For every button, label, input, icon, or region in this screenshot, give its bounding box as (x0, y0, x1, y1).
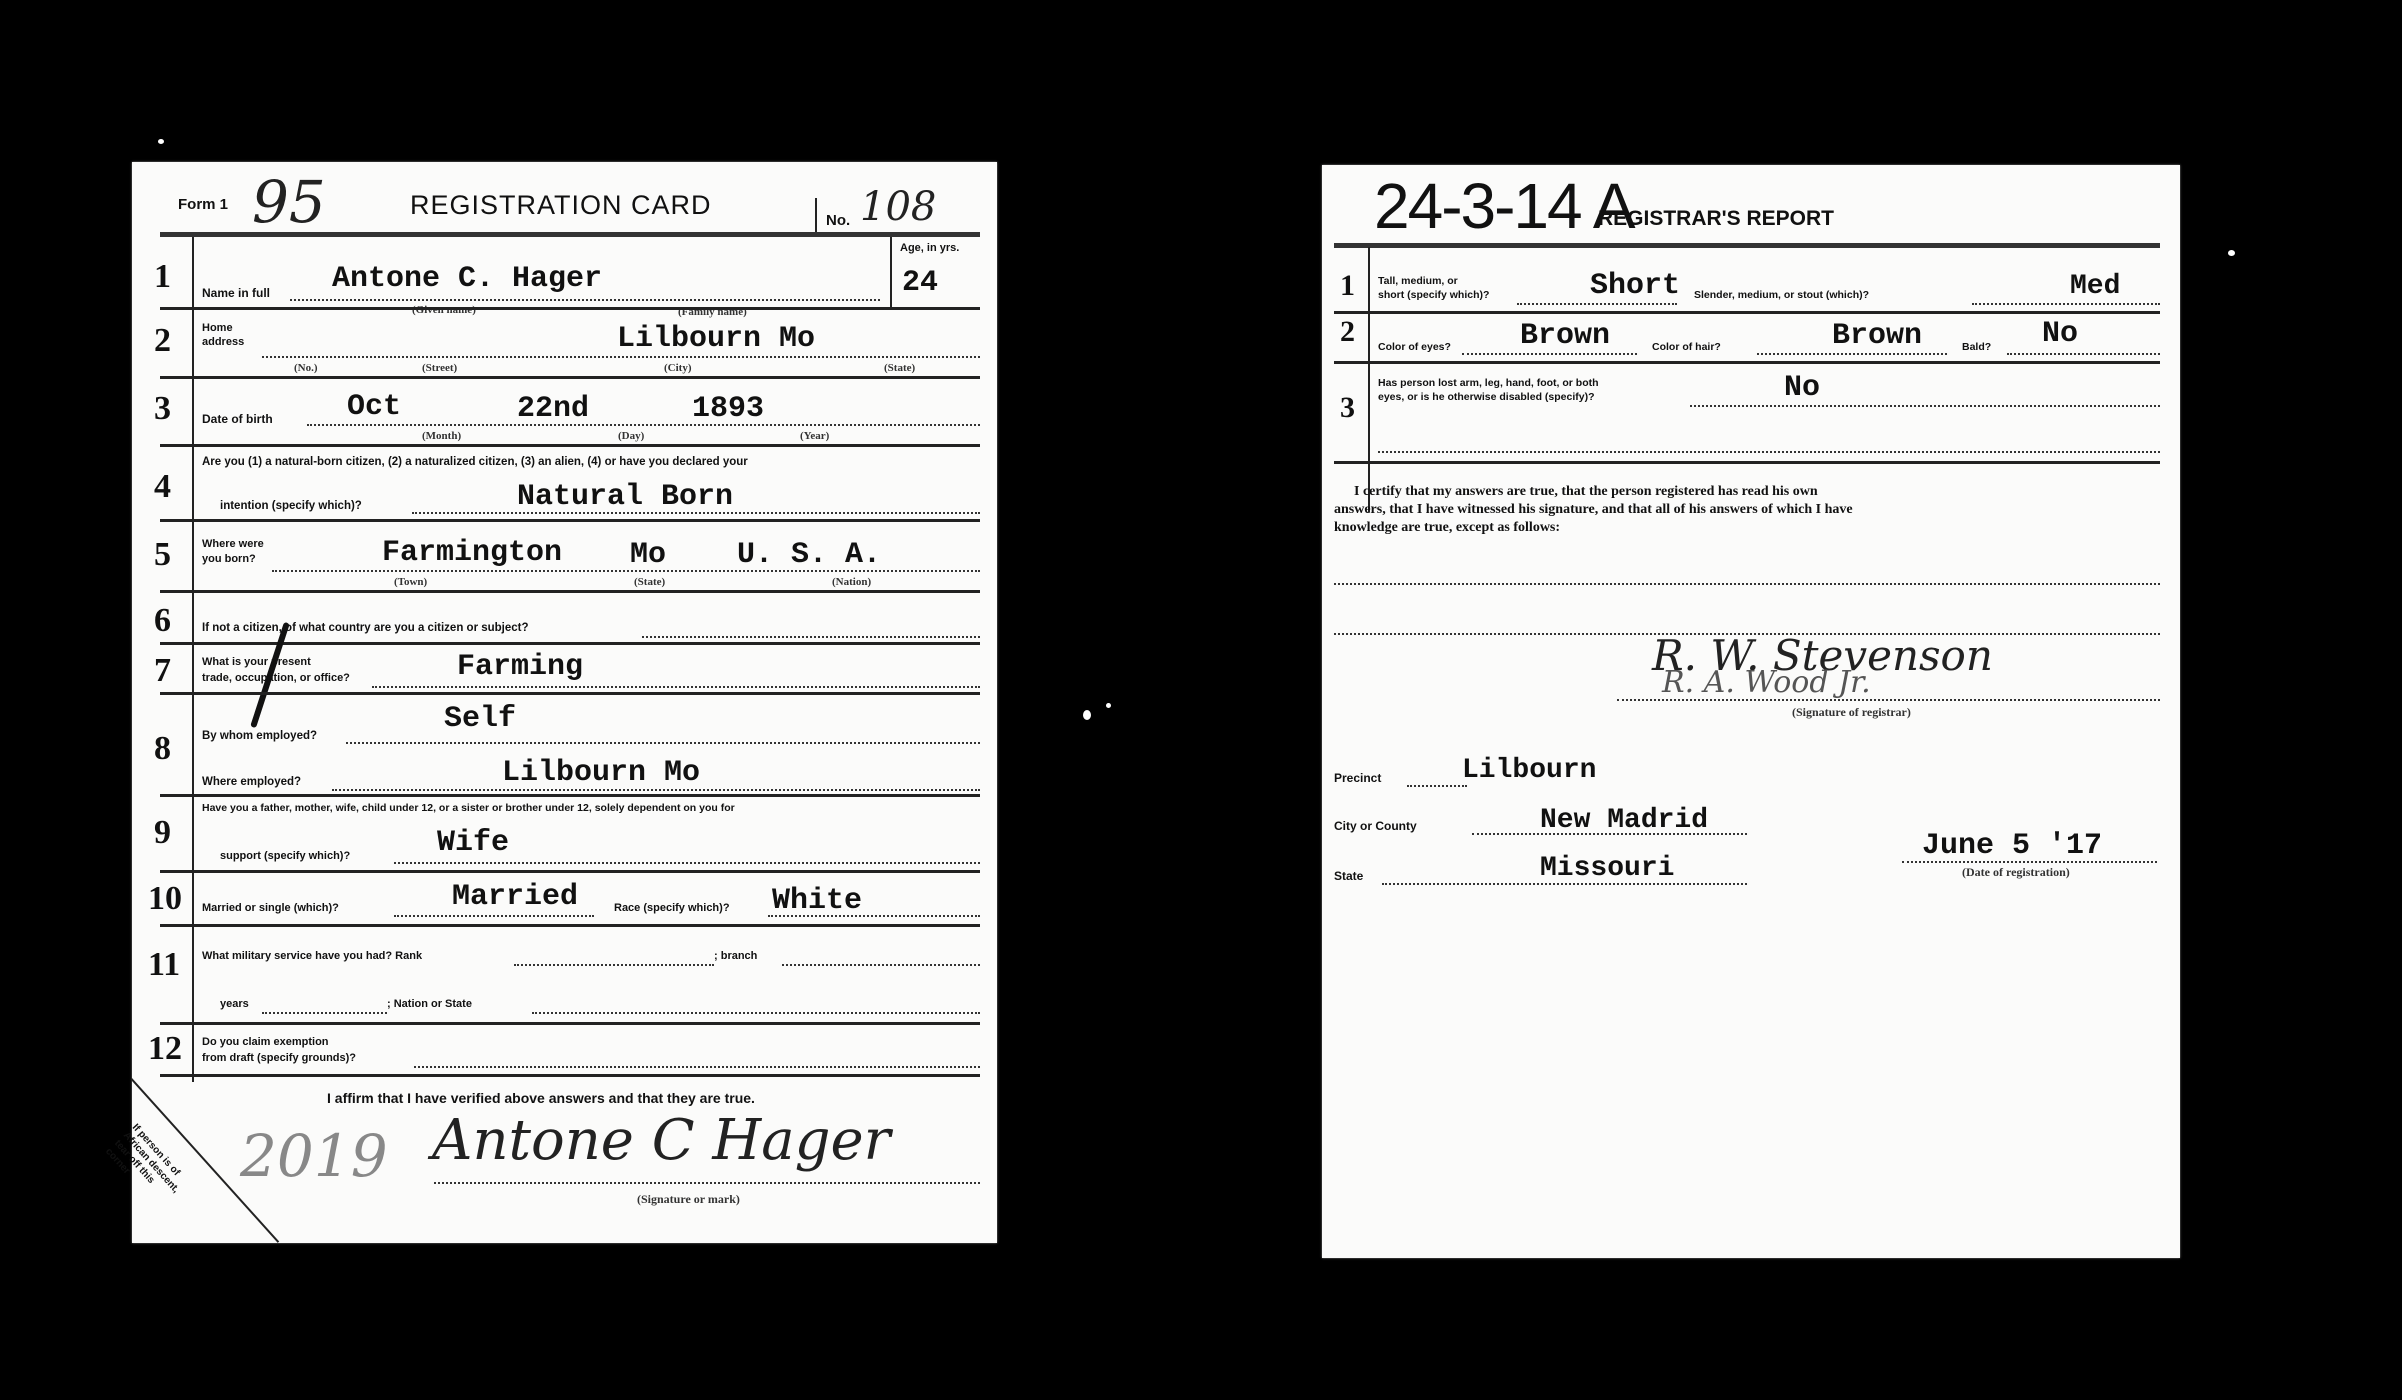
form-label: Form 1 (178, 196, 228, 213)
background-speck (158, 139, 164, 144)
state-value: Missouri (1540, 853, 1674, 884)
sub-caption: (No.) (294, 362, 318, 374)
divider (1334, 461, 2160, 464)
disability-value: No (1784, 371, 1820, 405)
birthplace-town: Farmington (382, 536, 562, 570)
question-text: If not a citizen, of what country are yo… (202, 622, 529, 634)
divider (1617, 699, 2160, 701)
divider (642, 636, 980, 638)
divider (412, 512, 980, 514)
field-label: short (specify which)? (1378, 289, 1489, 301)
divider (290, 299, 880, 301)
divider (394, 862, 980, 864)
field-label: Where were (202, 538, 264, 550)
divider (1472, 833, 1747, 835)
affirmation-text: I affirm that I have verified above answ… (327, 1090, 755, 1106)
field-label: address (202, 336, 244, 348)
divider (307, 424, 980, 426)
occupation-value: Farming (457, 650, 583, 684)
row-number: 1 (154, 258, 171, 296)
row-number: 5 (154, 536, 171, 574)
field-label: City or County (1334, 819, 1417, 833)
certification-line: knowledge are true, except as follows: (1334, 519, 2164, 537)
build-value: Med (2070, 271, 2120, 302)
sub-caption: (Date of registration) (1962, 865, 2070, 880)
marital-status-value: Married (452, 880, 578, 914)
divider (1462, 353, 1637, 355)
field-label: State (1334, 869, 1363, 883)
height-value: Short (1590, 269, 1680, 303)
registrar-signature-secondary: R. A. Wood Jr. (1662, 665, 1871, 700)
divider (262, 356, 980, 358)
divider (1690, 405, 2160, 407)
divider (1517, 303, 1677, 305)
divider (160, 519, 980, 522)
field-label: By whom employed? (202, 730, 317, 742)
field-label: Tall, medium, or (1378, 275, 1458, 287)
field-label: Slender, medium, or stout (which)? (1694, 289, 1869, 301)
tear-corner-note: If person is of African descent, tear of… (102, 1122, 238, 1266)
registrars-report-card: 24-3-14 A REGISTRAR'S REPORT 1 Tall, med… (1322, 165, 2180, 1258)
question-text: Are you (1) a natural-born citizen, (2) … (202, 456, 748, 468)
field-label: Precinct (1334, 771, 1381, 785)
age-label: Age, in yrs. (900, 242, 959, 254)
field-label: Bald? (1962, 341, 1991, 353)
field-label: What is your present (202, 656, 311, 668)
divider (1378, 451, 2160, 453)
divider (414, 1066, 980, 1068)
divider (815, 198, 817, 234)
card-title: REGISTRATION CARD (410, 190, 712, 221)
row-number: 12 (148, 1030, 182, 1068)
sub-caption: (State) (634, 576, 665, 588)
divider (160, 1022, 980, 1025)
divider (782, 964, 980, 966)
certification-line: I certify that my answers are true, that… (1334, 483, 2164, 501)
field-label: Color of hair? (1652, 341, 1721, 353)
applicant-signature: Antone C Hager (432, 1108, 890, 1173)
birth-year: 1893 (692, 392, 764, 426)
sub-caption: (Given name) (412, 304, 476, 316)
name-value: Antone C. Hager (332, 262, 602, 296)
row-number: 2 (154, 322, 171, 360)
precinct-value: Lilbourn (1462, 755, 1596, 786)
county-value: New Madrid (1540, 805, 1708, 836)
field-label: Color of eyes? (1378, 341, 1451, 353)
divider (160, 1074, 980, 1077)
sub-caption: (Month) (422, 430, 461, 442)
sub-caption: (Town) (394, 576, 427, 588)
divider (160, 692, 980, 695)
field-label: Married or single (which)? (202, 902, 339, 914)
row-number: 4 (154, 468, 171, 506)
divider (332, 789, 980, 791)
sub-caption: (Year) (800, 430, 829, 442)
field-label: you born? (202, 553, 256, 565)
field-label: Race (specify which)? (614, 902, 730, 914)
divider (532, 1012, 980, 1014)
divider (160, 870, 980, 873)
row-number: 1 (1340, 269, 1355, 303)
field-label: years (220, 998, 249, 1010)
certification-line: answers, that I have witnessed his signa… (1334, 501, 2164, 519)
citizenship-value: Natural Born (517, 480, 733, 514)
birthplace-state: Mo (630, 538, 666, 572)
field-label: Do you claim exemption (202, 1036, 329, 1048)
divider (160, 444, 980, 447)
report-title: REGISTRAR'S REPORT (1598, 207, 1834, 231)
birth-month: Oct (347, 390, 401, 424)
sub-caption: (Street) (422, 362, 457, 374)
field-label: from draft (specify grounds)? (202, 1052, 356, 1064)
field-label: Date of birth (202, 412, 273, 426)
background-speck (2228, 250, 2235, 256)
handwritten-number: 2019 (240, 1122, 388, 1190)
hair-color-value: Brown (1832, 319, 1922, 353)
divider (434, 1182, 980, 1184)
field-label: Home (202, 322, 233, 334)
field-label: What military service have you had? Rank (202, 950, 422, 962)
divider (768, 915, 980, 917)
row-number: 3 (1340, 391, 1355, 425)
question-text: support (specify which)? (220, 850, 350, 862)
field-label: eyes, or is he otherwise disabled (speci… (1378, 391, 1595, 403)
divider (160, 307, 980, 310)
row-number: 2 (1340, 315, 1355, 349)
row-number: 9 (154, 814, 171, 852)
divider (160, 590, 980, 593)
age-value: 24 (902, 266, 938, 300)
home-address-value: Lilbourn Mo (617, 322, 815, 356)
sub-caption: (City) (664, 362, 692, 374)
divider (1334, 311, 2160, 314)
bald-value: No (2042, 317, 2078, 351)
field-label: Name in full (202, 286, 270, 300)
divider (1972, 303, 2160, 305)
divider (160, 794, 980, 797)
sub-caption: (Signature or mark) (637, 1192, 740, 1207)
birth-day: 22nd (517, 392, 589, 426)
divider (1407, 785, 1467, 787)
background-speck (1106, 703, 1111, 708)
employer-value: Self (444, 702, 516, 736)
divider (262, 1012, 387, 1014)
row-number: 6 (154, 602, 171, 640)
divider (394, 915, 594, 917)
background-speck (1083, 710, 1091, 720)
divider (160, 376, 980, 379)
field-label: Where employed? (202, 776, 301, 788)
row-number: 7 (154, 652, 171, 690)
divider (1334, 583, 2160, 585)
divider (272, 570, 980, 572)
divider (1368, 247, 1370, 512)
sub-caption: (State) (884, 362, 915, 374)
field-label: ; Nation or State (387, 998, 472, 1010)
sub-caption: (Day) (618, 430, 644, 442)
stamp-number: 24-3-14 A (1374, 169, 1634, 243)
divider (160, 924, 980, 927)
row-number: 3 (154, 390, 171, 428)
divider (346, 742, 980, 744)
divider (2007, 353, 2160, 355)
dependent-value: Wife (437, 826, 509, 860)
divider (890, 237, 892, 307)
divider (1757, 353, 1947, 355)
question-text: Have you a father, mother, wife, child u… (202, 802, 735, 814)
race-value: White (772, 884, 862, 918)
form-number-handwritten: 95 (252, 168, 326, 236)
employment-place-value: Lilbourn Mo (502, 756, 700, 790)
row-number: 10 (148, 880, 182, 918)
card-no-label: No. (826, 212, 850, 229)
field-label: trade, occupation, or office? (202, 672, 350, 684)
eye-color-value: Brown (1520, 319, 1610, 353)
divider (372, 686, 980, 688)
birthplace-nation: U. S. A. (737, 538, 881, 572)
card-no-value: 108 (860, 184, 936, 230)
sub-caption: (Nation) (832, 576, 871, 588)
sub-caption: (Signature of registrar) (1792, 705, 1911, 720)
certification-text: I certify that my answers are true, that… (1334, 483, 2164, 537)
row-number: 11 (148, 946, 180, 984)
registration-date: June 5 '17 (1922, 829, 2102, 863)
divider (514, 964, 714, 966)
divider (192, 237, 194, 1082)
divider (1382, 883, 1747, 885)
registration-card: Form 1 95 REGISTRATION CARD No. 108 1 Na… (132, 162, 997, 1243)
divider (1902, 861, 2157, 863)
row-number: 8 (154, 730, 171, 768)
divider (160, 232, 980, 237)
divider (1334, 243, 2160, 248)
question-text: intention (specify which)? (220, 500, 362, 512)
divider (1334, 361, 2160, 364)
field-label: Has person lost arm, leg, hand, foot, or… (1378, 377, 1599, 389)
field-label: ; branch (714, 950, 757, 962)
